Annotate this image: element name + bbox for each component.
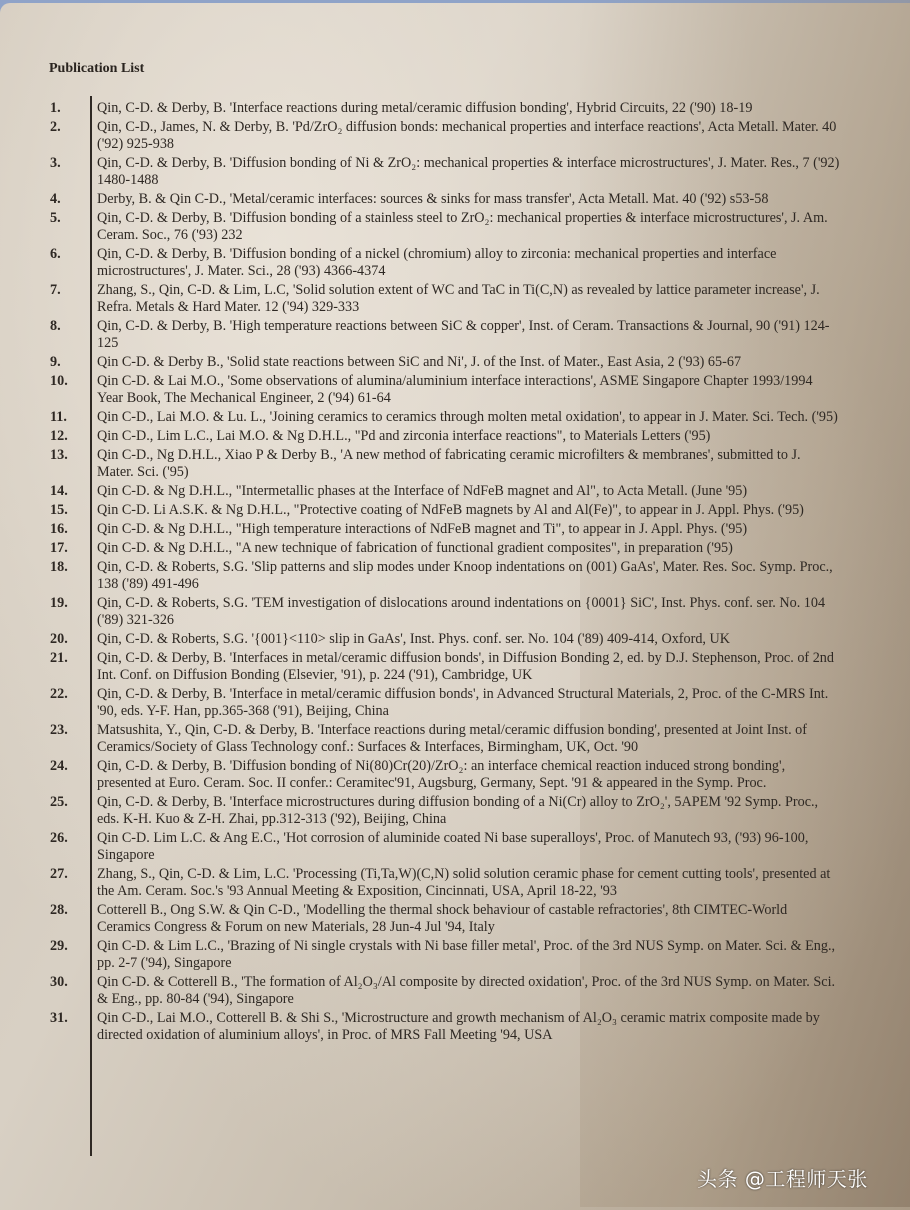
item-number: 29. — [50, 938, 97, 972]
item-number: 27. — [50, 866, 97, 900]
page-title: Publication List — [49, 61, 144, 77]
item-citation: Qin, C-D. & Derby, B. 'Diffusion bonding… — [97, 155, 840, 189]
item-citation: Matsushita, Y., Qin, C-D. & Derby, B. 'I… — [97, 722, 840, 756]
item-number: 18. — [50, 559, 97, 593]
list-item: 21.Qin, C-D. & Derby, B. 'Interfaces in … — [50, 650, 840, 684]
item-number: 28. — [50, 902, 97, 936]
list-item: 20.Qin, C-D. & Roberts, S.G. '{001}<110>… — [50, 631, 840, 648]
item-citation: Qin, C-D. & Derby, B. 'Interfaces in met… — [97, 650, 840, 684]
list-item: 14.Qin C-D. & Ng D.H.L., "Intermetallic … — [50, 483, 840, 500]
item-number: 23. — [50, 722, 97, 756]
item-number: 2. — [50, 119, 97, 153]
list-item: 23.Matsushita, Y., Qin, C-D. & Derby, B.… — [50, 722, 840, 756]
item-number: 21. — [50, 650, 97, 684]
item-citation: Zhang, S., Qin, C-D. & Lim, L.C. 'Proces… — [97, 866, 840, 900]
item-citation: Qin C-D., Ng D.H.L., Xiao P & Derby B., … — [97, 447, 840, 481]
list-item: 5.Qin, C-D. & Derby, B. 'Diffusion bondi… — [50, 210, 840, 244]
item-number: 4. — [50, 191, 97, 208]
publication-list: 1.Qin, C-D. & Derby, B. 'Interface react… — [50, 100, 840, 1046]
item-citation: Qin C-D. & Derby B., 'Solid state reacti… — [97, 354, 840, 371]
item-number: 15. — [50, 502, 97, 519]
item-number: 14. — [50, 483, 97, 500]
item-number: 5. — [50, 210, 97, 244]
item-citation: Qin, C-D. & Roberts, S.G. 'Slip patterns… — [97, 559, 840, 593]
item-number: 30. — [50, 974, 97, 1008]
item-number: 26. — [50, 830, 97, 864]
item-number: 1. — [50, 100, 97, 117]
item-number: 25. — [50, 794, 97, 828]
item-number: 20. — [50, 631, 97, 648]
list-item: 31.Qin C-D., Lai M.O., Cotterell B. & Sh… — [50, 1010, 840, 1044]
item-citation: Qin C-D. & Ng D.H.L., "High temperature … — [97, 521, 840, 538]
list-item: 16.Qin C-D. & Ng D.H.L., "High temperatu… — [50, 521, 840, 538]
item-citation: Qin, C-D., James, N. & Derby, B. 'Pd/ZrO… — [97, 119, 840, 153]
item-number: 31. — [50, 1010, 97, 1044]
item-citation: Qin, C-D. & Derby, B. 'Interface reactio… — [97, 100, 840, 117]
item-number: 19. — [50, 595, 97, 629]
list-item: 2.Qin, C-D., James, N. & Derby, B. 'Pd/Z… — [50, 119, 840, 153]
item-number: 17. — [50, 540, 97, 557]
list-item: 30.Qin C-D. & Cotterell B., 'The formati… — [50, 974, 840, 1008]
list-item: 8.Qin, C-D. & Derby, B. 'High temperatur… — [50, 318, 840, 352]
list-item: 9.Qin C-D. & Derby B., 'Solid state reac… — [50, 354, 840, 371]
item-citation: Qin C-D. & Cotterell B., 'The formation … — [97, 974, 840, 1008]
item-citation: Qin C-D. & Lai M.O., 'Some observations … — [97, 373, 840, 407]
item-citation: Qin C-D. Lim L.C. & Ang E.C., 'Hot corro… — [97, 830, 840, 864]
item-number: 24. — [50, 758, 97, 792]
item-citation: Qin, C-D. & Derby, B. 'Diffusion bonding… — [97, 210, 840, 244]
item-citation: Cotterell B., Ong S.W. & Qin C-D., 'Mode… — [97, 902, 840, 936]
item-citation: Qin C-D., Lai M.O. & Lu. L., 'Joining ce… — [97, 409, 840, 426]
list-item: 12.Qin C-D., Lim L.C., Lai M.O. & Ng D.H… — [50, 428, 840, 445]
item-citation: Qin, C-D. & Derby, B. 'Interface microst… — [97, 794, 840, 828]
item-citation: Qin C-D. Li A.S.K. & Ng D.H.L., "Protect… — [97, 502, 840, 519]
item-number: 13. — [50, 447, 97, 481]
list-item: 4.Derby, B. & Qin C-D., 'Metal/ceramic i… — [50, 191, 840, 208]
list-item: 27.Zhang, S., Qin, C-D. & Lim, L.C. 'Pro… — [50, 866, 840, 900]
list-item: 6.Qin, C-D. & Derby, B. 'Diffusion bondi… — [50, 246, 840, 280]
item-number: 11. — [50, 409, 97, 426]
item-citation: Qin, C-D. & Roberts, S.G. 'TEM investiga… — [97, 595, 840, 629]
item-number: 10. — [50, 373, 97, 407]
list-item: 11.Qin C-D., Lai M.O. & Lu. L., 'Joining… — [50, 409, 840, 426]
list-item: 26.Qin C-D. Lim L.C. & Ang E.C., 'Hot co… — [50, 830, 840, 864]
item-citation: Qin C-D. & Ng D.H.L., "Intermetallic pha… — [97, 483, 840, 500]
list-item: 22.Qin, C-D. & Derby, B. 'Interface in m… — [50, 686, 840, 720]
item-citation: Derby, B. & Qin C-D., 'Metal/ceramic int… — [97, 191, 840, 208]
item-citation: Qin, C-D. & Roberts, S.G. '{001}<110> sl… — [97, 631, 840, 648]
watermark: 头条 @工程师天张 — [697, 1163, 868, 1192]
list-item: 18.Qin, C-D. & Roberts, S.G. 'Slip patte… — [50, 559, 840, 593]
list-item: 1.Qin, C-D. & Derby, B. 'Interface react… — [50, 100, 840, 117]
list-item: 13.Qin C-D., Ng D.H.L., Xiao P & Derby B… — [50, 447, 840, 481]
list-item: 15.Qin C-D. Li A.S.K. & Ng D.H.L., "Prot… — [50, 502, 840, 519]
item-number: 8. — [50, 318, 97, 352]
list-item: 19.Qin, C-D. & Roberts, S.G. 'TEM invest… — [50, 595, 840, 629]
item-citation: Qin C-D., Lai M.O., Cotterell B. & Shi S… — [97, 1010, 840, 1044]
item-number: 7. — [50, 282, 97, 316]
list-item: 7.Zhang, S., Qin, C-D. & Lim, L.C, 'Soli… — [50, 282, 840, 316]
item-citation: Qin, C-D. & Derby, B. 'Diffusion bonding… — [97, 246, 840, 280]
item-citation: Qin, C-D. & Derby, B. 'High temperature … — [97, 318, 840, 352]
item-citation: Zhang, S., Qin, C-D. & Lim, L.C, 'Solid … — [97, 282, 840, 316]
item-citation: Qin, C-D. & Derby, B. 'Interface in meta… — [97, 686, 840, 720]
item-number: 9. — [50, 354, 97, 371]
item-citation: Qin C-D. & Ng D.H.L., "A new technique o… — [97, 540, 840, 557]
item-number: 22. — [50, 686, 97, 720]
item-number: 16. — [50, 521, 97, 538]
list-item: 10.Qin C-D. & Lai M.O., 'Some observatio… — [50, 373, 840, 407]
list-item: 17.Qin C-D. & Ng D.H.L., "A new techniqu… — [50, 540, 840, 557]
item-citation: Qin C-D., Lim L.C., Lai M.O. & Ng D.H.L.… — [97, 428, 840, 445]
list-item: 3.Qin, C-D. & Derby, B. 'Diffusion bondi… — [50, 155, 840, 189]
list-item: 28.Cotterell B., Ong S.W. & Qin C-D., 'M… — [50, 902, 840, 936]
item-citation: Qin, C-D. & Derby, B. 'Diffusion bonding… — [97, 758, 840, 792]
item-number: 6. — [50, 246, 97, 280]
item-number: 3. — [50, 155, 97, 189]
item-number: 12. — [50, 428, 97, 445]
item-citation: Qin C-D. & Lim L.C., 'Brazing of Ni sing… — [97, 938, 840, 972]
list-item: 25.Qin, C-D. & Derby, B. 'Interface micr… — [50, 794, 840, 828]
list-item: 24.Qin, C-D. & Derby, B. 'Diffusion bond… — [50, 758, 840, 792]
list-item: 29.Qin C-D. & Lim L.C., 'Brazing of Ni s… — [50, 938, 840, 972]
